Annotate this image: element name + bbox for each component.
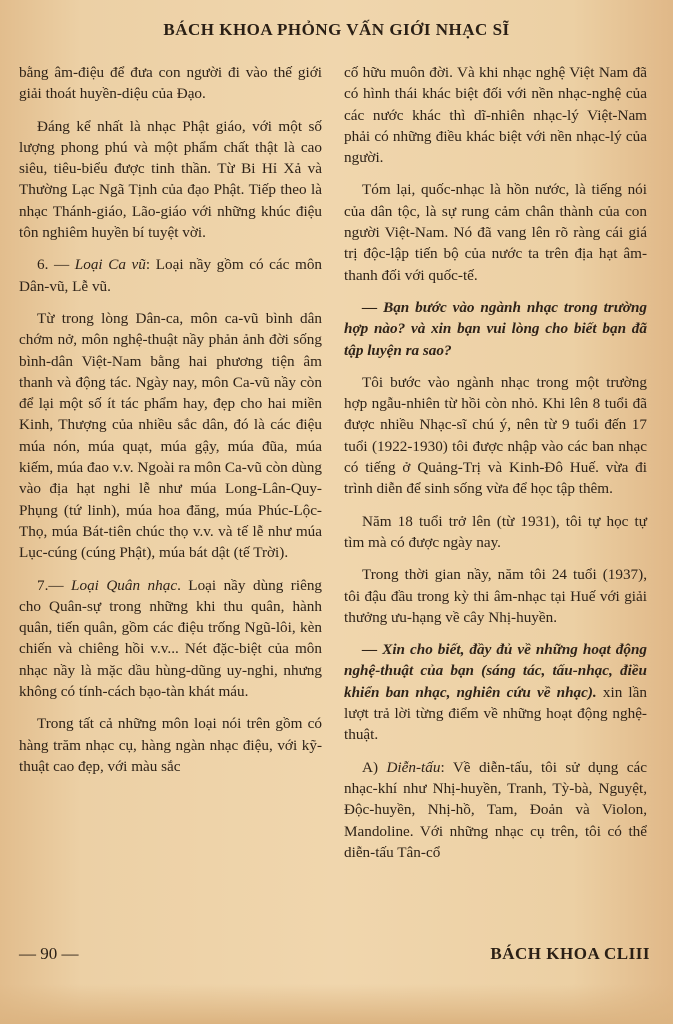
section-title: Loại Quân nhạc bbox=[71, 577, 177, 594]
item-title: Diễn-tấu bbox=[386, 759, 440, 776]
item-label: A) bbox=[362, 759, 386, 776]
section-number: 7.— bbox=[37, 577, 71, 594]
section-title: Loại Ca vũ bbox=[75, 256, 146, 273]
page-number: — 90 — bbox=[19, 944, 79, 964]
section-6-paragraph: 6. — Loại Ca vũ: Loại nầy gồm có các môn… bbox=[19, 254, 322, 297]
left-column: bằng âm-điệu để đưa con người đi vào thế… bbox=[19, 62, 322, 788]
section-number: 6. — bbox=[37, 256, 75, 273]
paragraph: cố hữu muôn đời. Và khi nhạc nghệ Việt N… bbox=[344, 62, 647, 168]
paragraph: Tôi bước vào ngành nhạc trong một trường… bbox=[344, 372, 647, 500]
section-text: . Loại nầy dùng riêng cho Quân-sự trong … bbox=[19, 577, 322, 700]
paragraph: Tóm lại, quốc-nhạc là hồn nước, là tiếng… bbox=[344, 179, 647, 285]
right-column: cố hữu muôn đời. Và khi nhạc nghệ Việt N… bbox=[344, 62, 647, 874]
section-7-paragraph: 7.— Loại Quân nhạc. Loại nầy dùng riêng … bbox=[19, 575, 322, 703]
paragraph: Trong thời gian nầy, năm tôi 24 tuổi (19… bbox=[344, 564, 647, 628]
interview-question: — Xin cho biết, đầy đủ về những hoạt độn… bbox=[344, 639, 647, 745]
paragraph: bằng âm-điệu để đưa con người đi vào thế… bbox=[19, 62, 322, 105]
paragraph: Đáng kể nhất là nhạc Phật giáo, với một … bbox=[19, 116, 322, 244]
interview-question: — Bạn bước vào ngành nhạc trong trường h… bbox=[344, 297, 647, 361]
paragraph: Trong tất cả những môn loại nói trên gồm… bbox=[19, 713, 322, 777]
paragraph: Từ trong lòng Dân-ca, môn ca-vũ bình dân… bbox=[19, 308, 322, 564]
magazine-page: BÁCH KHOA PHỎNG VẤN GIỚI NHẠC SĨ bằng âm… bbox=[0, 0, 673, 1024]
paragraph: A) Diễn-tấu: Về diễn-tấu, tôi sử dụng cá… bbox=[344, 757, 647, 863]
journal-issue: BÁCH KHOA CLIII bbox=[490, 944, 650, 964]
paragraph: Năm 18 tuổi trở lên (từ 1931), tôi tự họ… bbox=[344, 511, 647, 554]
running-title: BÁCH KHOA PHỎNG VẤN GIỚI NHẠC SĨ bbox=[0, 20, 673, 40]
